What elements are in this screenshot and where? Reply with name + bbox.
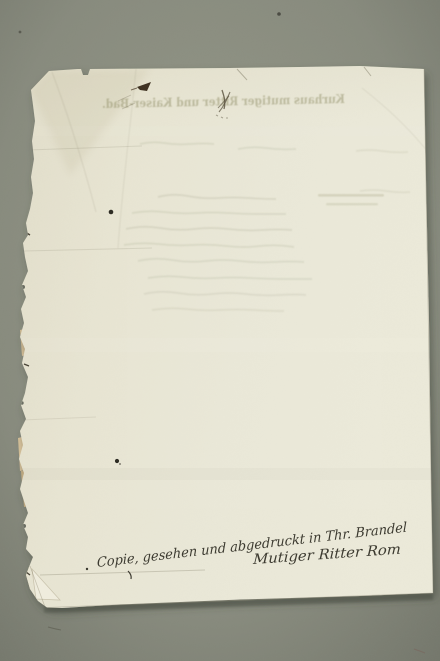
archival-document-photo: Kurhaus mutiger Ritter und Kaiser-Bad.	[0, 0, 440, 661]
annotation-dot	[86, 568, 88, 570]
photo-canvas: Kurhaus mutiger Ritter und Kaiser-Bad.	[0, 0, 440, 661]
